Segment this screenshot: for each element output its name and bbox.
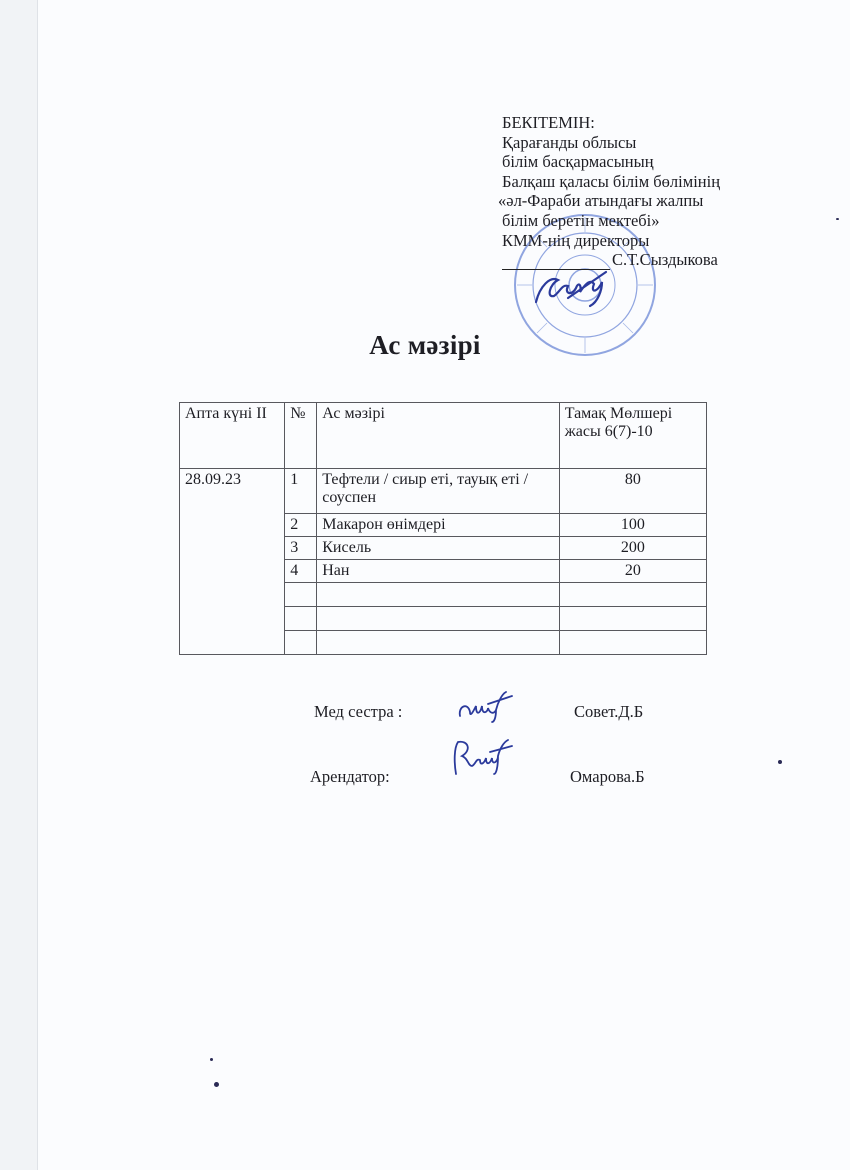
tenant-name: Омарова.Б	[570, 767, 645, 787]
approval-line: КММ-нің директоры	[502, 231, 802, 251]
approval-block: БЕКІТЕМІН: Қарағанды облысы білім басқар…	[502, 113, 802, 270]
page-title: Ас мәзірі	[0, 330, 850, 361]
header-menu: Ас мәзірі	[317, 403, 559, 469]
header-weekday: Апта күні II	[180, 403, 285, 469]
table-header-row: Апта күні II № Ас мәзірі Тамақ Мөлшері ж…	[180, 403, 707, 469]
row-portion: 200	[559, 537, 706, 560]
row-dish: Макарон өнімдері	[317, 514, 559, 537]
row-portion: 80	[559, 469, 706, 514]
header-number: №	[285, 403, 317, 469]
row-number	[285, 583, 317, 607]
row-dish	[317, 583, 559, 607]
menu-table: Апта күні II № Ас мәзірі Тамақ Мөлшері ж…	[179, 402, 707, 655]
date-cell: 28.09.23	[180, 469, 285, 655]
scan-speck	[214, 1082, 219, 1087]
row-portion	[559, 607, 706, 631]
row-dish	[317, 607, 559, 631]
table-row: 28.09.23 1 Тефтели / сиыр еті, тауық еті…	[180, 469, 707, 514]
scan-page-edge	[0, 0, 38, 1170]
approval-line: Балқаш қаласы білім бөлімінің	[502, 172, 802, 192]
row-number: 1	[285, 469, 317, 514]
row-dish: Тефтели / сиыр еті, тауық еті / соуспен	[317, 469, 559, 514]
nurse-role-label: Мед сестра :	[314, 702, 402, 722]
scan-speck	[210, 1058, 213, 1061]
row-portion: 100	[559, 514, 706, 537]
row-portion: 20	[559, 560, 706, 583]
header-portion: Тамақ Мөлшері жасы 6(7)-10	[559, 403, 706, 469]
row-number: 3	[285, 537, 317, 560]
row-portion	[559, 631, 706, 655]
approval-line: білім беретін мектебі»	[502, 211, 802, 231]
nurse-signature-icon	[456, 688, 516, 724]
row-number	[285, 607, 317, 631]
director-signature-icon	[528, 268, 613, 308]
row-portion	[559, 583, 706, 607]
tenant-signature-icon	[446, 736, 516, 778]
director-signature-line: С.Т.Сыздыкова	[502, 250, 802, 270]
approval-line: Қарағанды облысы	[502, 133, 802, 153]
tenant-role-label: Арендатор:	[310, 767, 390, 787]
row-dish	[317, 631, 559, 655]
nurse-name: Совет.Д.Б	[574, 702, 643, 722]
row-number: 2	[285, 514, 317, 537]
scan-speck	[778, 760, 782, 764]
director-name: С.Т.Сыздыкова	[612, 250, 718, 270]
row-dish: Кисель	[317, 537, 559, 560]
approval-line: «әл-Фараби атындағы жалпы	[498, 191, 802, 211]
signature-underline	[502, 255, 610, 270]
row-dish: Нан	[317, 560, 559, 583]
approval-line: білім басқармасының	[502, 152, 802, 172]
row-number: 4	[285, 560, 317, 583]
approval-heading: БЕКІТЕМІН:	[502, 113, 802, 133]
row-number	[285, 631, 317, 655]
scan-speck	[836, 218, 839, 220]
